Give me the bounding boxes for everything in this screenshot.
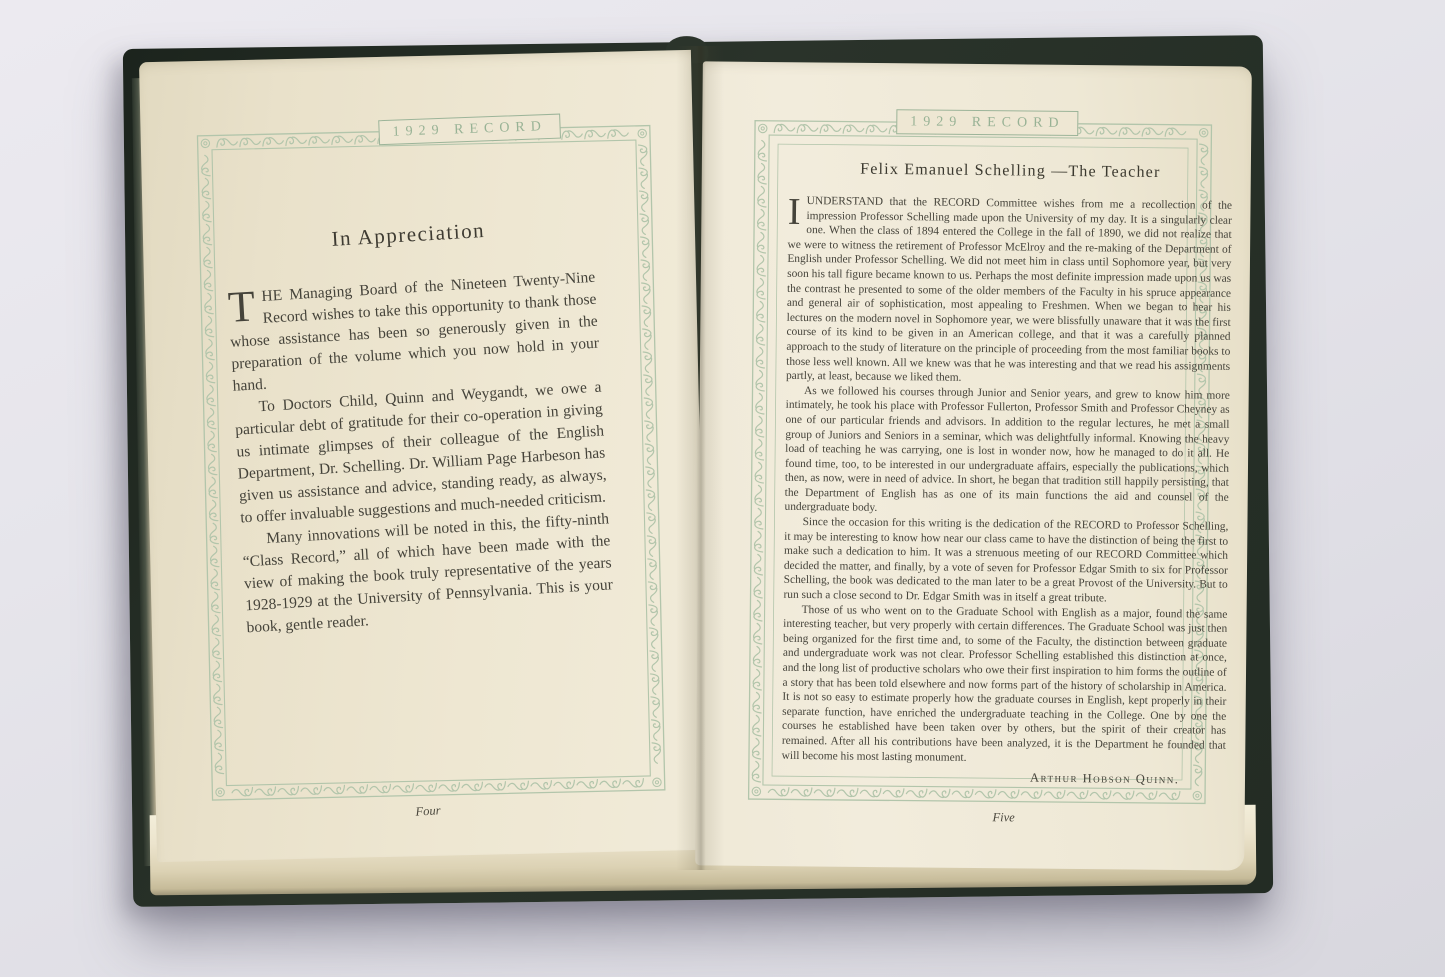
right-page: 1929 RECORD Felix Emanuel Schelling —The… xyxy=(695,61,1252,870)
record-banner-text: 1929 RECORD xyxy=(910,114,1064,130)
open-book: 1929 RECORD In Appreciation THE Managing… xyxy=(0,0,1445,977)
paragraph: I UNDERSTAND that the RECORD Committee w… xyxy=(786,194,1232,389)
record-banner: 1929 RECORD xyxy=(896,109,1079,136)
right-page-title: Felix Emanuel Schelling —The Teacher xyxy=(788,160,1232,183)
page-number: Five xyxy=(904,809,1104,826)
left-page: 1929 RECORD In Appreciation THE Managing… xyxy=(139,50,709,862)
paragraph: THE Managing Board of the Nineteen Twent… xyxy=(227,267,601,398)
left-page-content: In Appreciation THE Managing Board of th… xyxy=(224,212,615,640)
right-page-content: Felix Emanuel Schelling —The Teacher I U… xyxy=(781,160,1232,788)
paragraph: Those of us who went on to the Graduate … xyxy=(782,602,1228,768)
record-banner-text: 1929 RECORD xyxy=(392,119,547,140)
page-number: Four xyxy=(328,798,529,824)
photo-background: 1929 RECORD In Appreciation THE Managing… xyxy=(0,0,1445,977)
paragraph: As we followed his courses through Junio… xyxy=(784,384,1229,520)
paragraph: To Doctors Child, Quinn and Weygandt, we… xyxy=(233,377,608,530)
paragraph: Since the occasion for this writing is t… xyxy=(783,515,1228,608)
paragraph: Many innovations will be noted in this, … xyxy=(241,508,615,639)
